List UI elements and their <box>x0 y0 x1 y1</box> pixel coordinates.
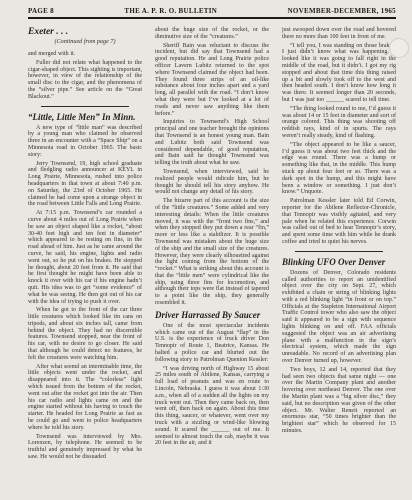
paragraph: When he got to the front of the car thre… <box>28 307 142 361</box>
columns: Exeter . . .(Continued from page 7)and m… <box>28 27 396 463</box>
paragraph: “The thing looked round to me, I’d guess… <box>282 106 396 140</box>
issue-date: NOVEMBER-DECEMBER, 1965 <box>288 7 396 15</box>
article-heading: “Little, Little Men” In Minn. <box>28 112 142 122</box>
paragraph: After what seemd an interminable time, t… <box>28 364 142 432</box>
paragraph: At 7:15 p.m. Townsend’s car rounded a cu… <box>28 210 142 305</box>
paragraph: One of the most spectacular incidents wh… <box>155 323 269 364</box>
paragraph: “I tell you, I was standing on those bra… <box>282 43 396 104</box>
paragraph: Inquiries to Townsend’s High School prin… <box>155 119 269 167</box>
column-3: just swooped down over the road and hove… <box>282 27 396 463</box>
paragraph: just swooped down over the road and hove… <box>282 27 396 41</box>
paragraph: Sheriff Bain was reluctant to discuss th… <box>155 43 269 118</box>
section-divider <box>295 251 384 252</box>
paragraph: Jerry Townsend, 19, high school graduate… <box>28 161 142 209</box>
article-heading: Blinking UFO Over Denver <box>282 257 396 267</box>
paragraph: Townsend, when interviewed, said he real… <box>155 169 269 196</box>
paragraph: Fuller did not relate what happened to t… <box>28 60 142 101</box>
article-title: Exeter . . . <box>28 27 142 37</box>
column-1: Exeter . . .(Continued from page 7)and m… <box>28 27 142 463</box>
paragraph: Two boys, 12 and 14, reported that they … <box>282 367 396 435</box>
header-rule <box>28 17 396 19</box>
paragraph: Dozens of Denver, Colorado residents cal… <box>282 270 396 365</box>
page-curl-artifact <box>389 38 409 58</box>
paragraph: about the huge size of the rocket, or th… <box>155 27 269 41</box>
paragraph: A new type of “little man” was described… <box>28 125 142 159</box>
paragraph: Townsend was interviewed by Mrs. Lorenze… <box>28 434 142 461</box>
paragraph: Patrolman Kessler later told Ed Corwin, … <box>282 198 396 246</box>
page-number-label: PAGE 8 <box>28 7 54 15</box>
article-heading: Driver Harrassed By Saucer <box>155 310 269 320</box>
paragraph: “The object appeared to be like a saucer… <box>282 142 396 196</box>
page-header: PAGE 8 THE A. P. R. O. BULLETIN NOVEMBER… <box>28 7 396 15</box>
continuation-note: (Continued from page 7) <box>28 38 142 45</box>
bulletin-page: PAGE 8 THE A. P. R. O. BULLETIN NOVEMBER… <box>0 0 412 500</box>
paragraph: and merged with it. <box>28 51 142 58</box>
bulletin-title: THE A. P. R. O. BULLETIN <box>124 7 217 15</box>
paragraph: “I was driving north of Highway 15 about… <box>155 366 269 448</box>
section-divider <box>41 106 130 107</box>
paragraph: The bizarre part of this account is the … <box>155 198 269 307</box>
column-2: about the huge size of the rocket, or th… <box>155 27 269 463</box>
